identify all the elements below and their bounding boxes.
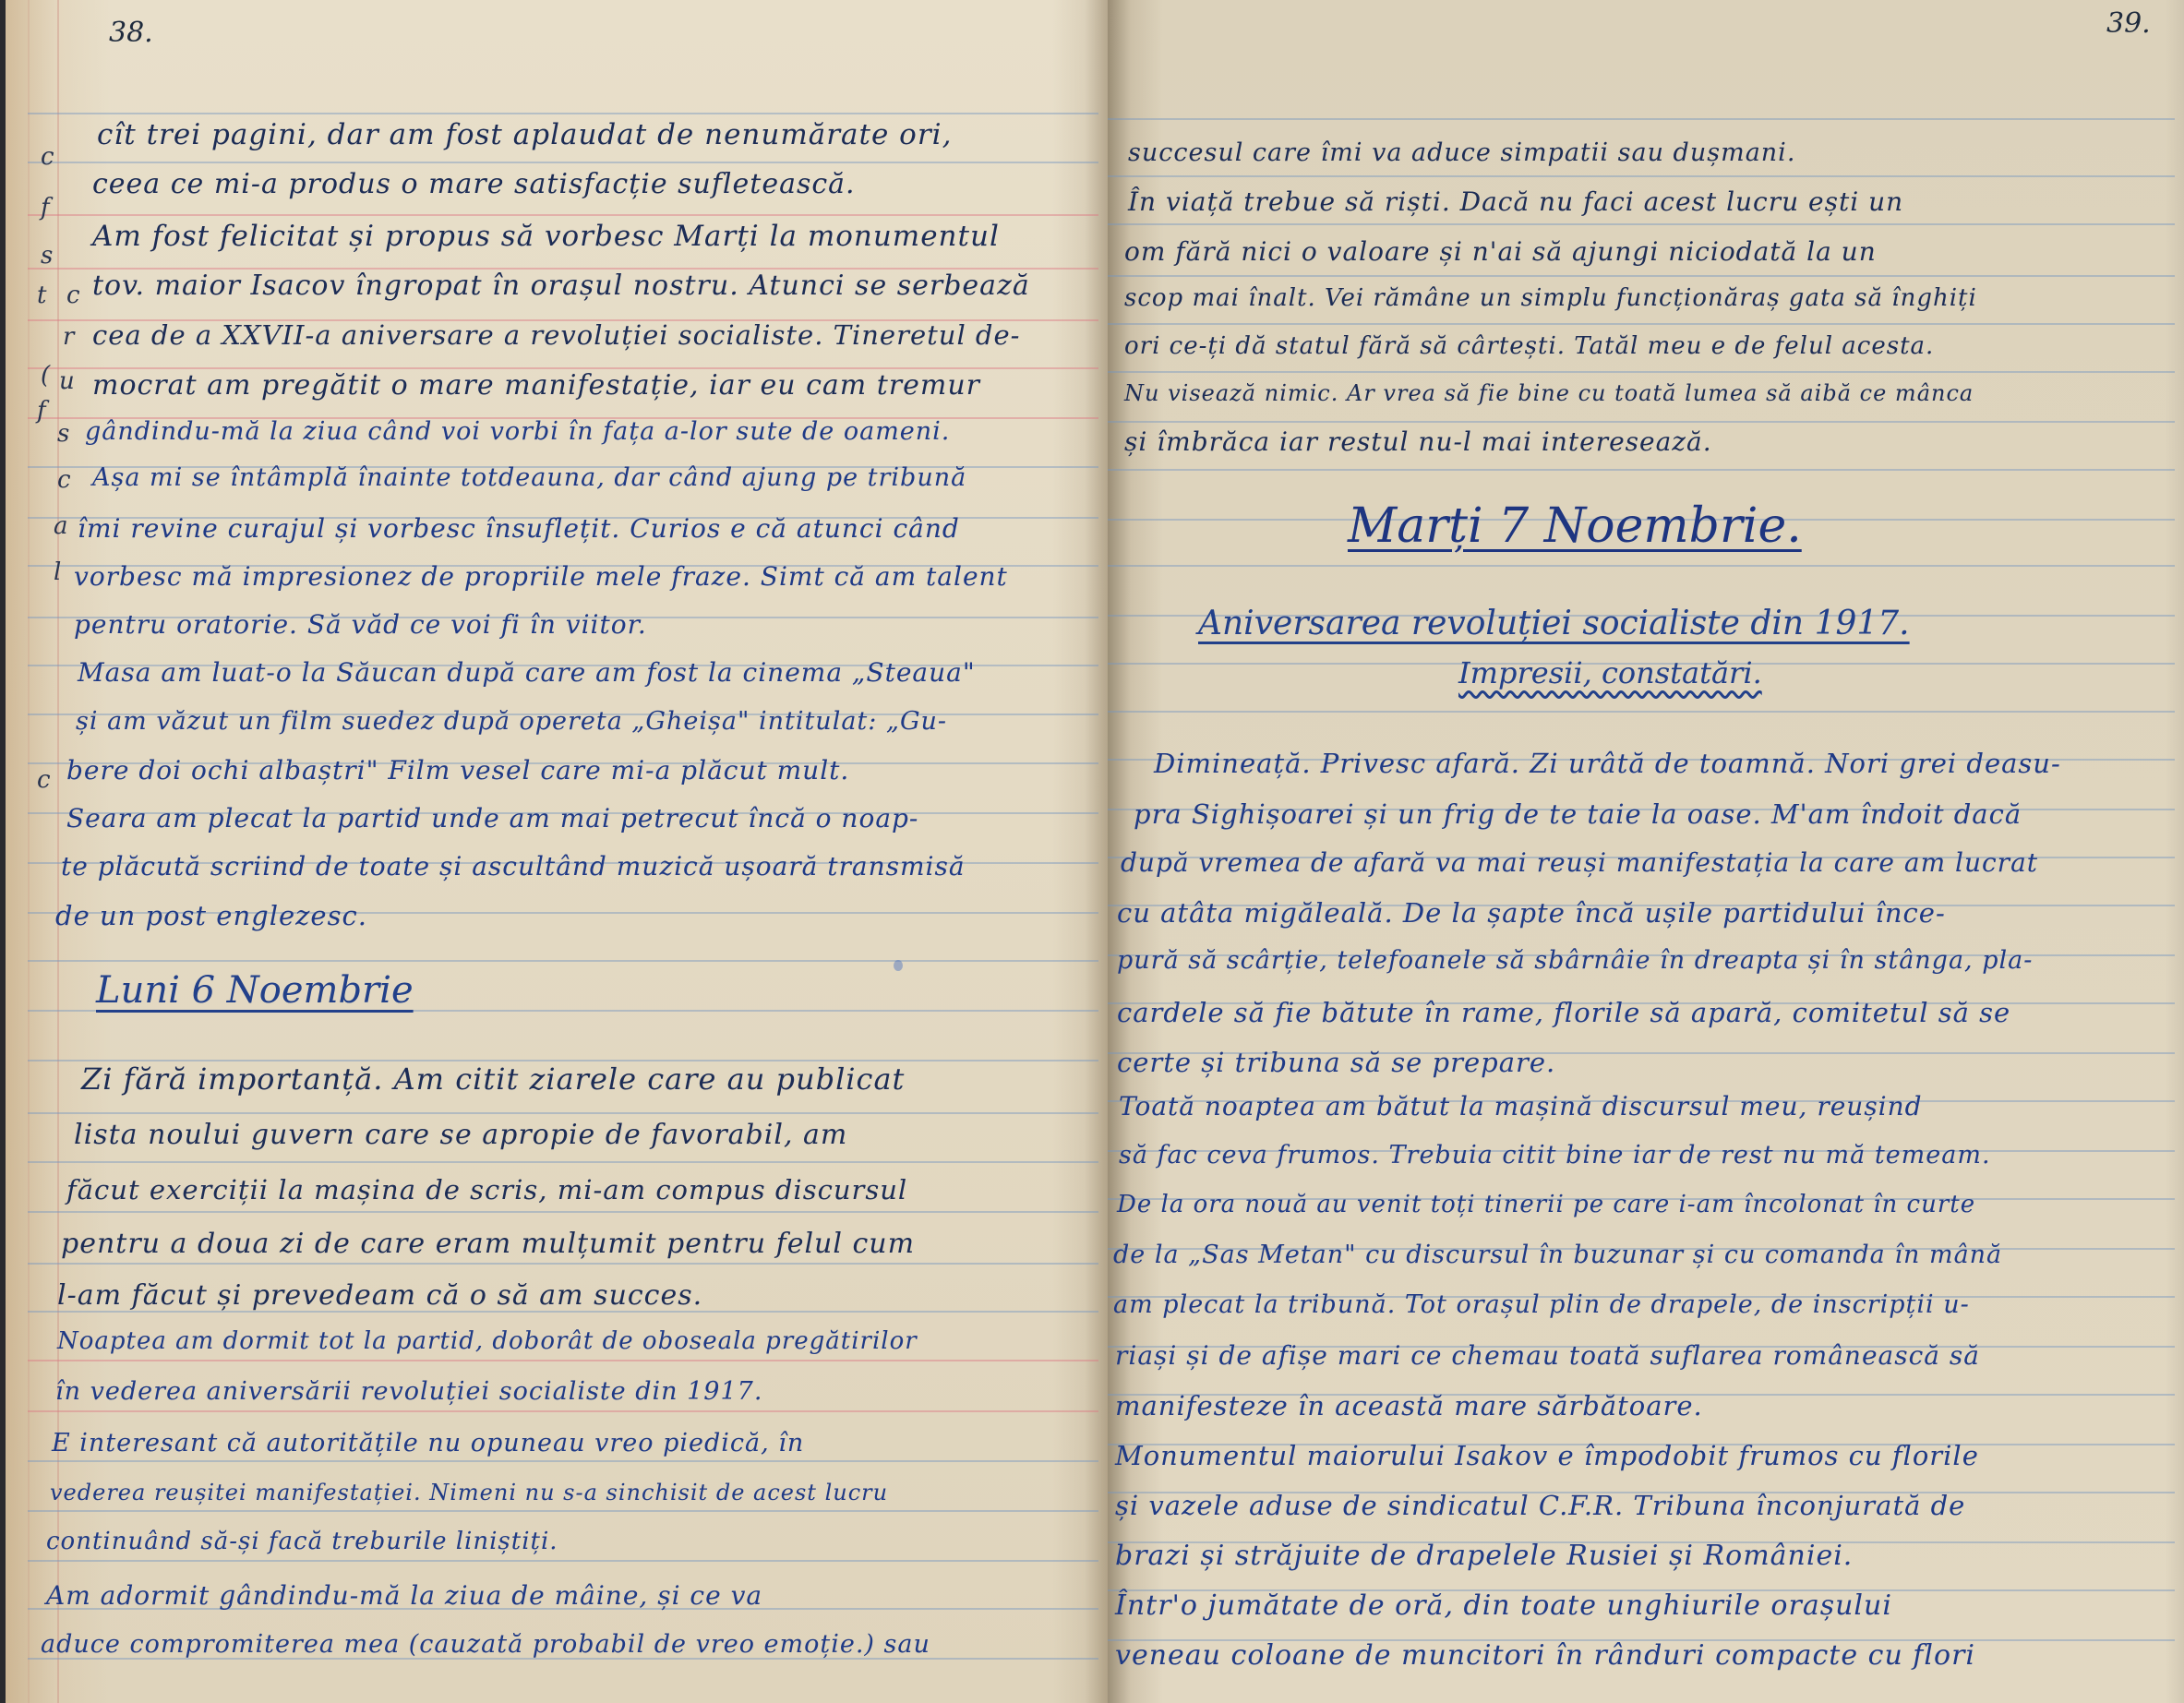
text-line: aduce compromiterea mea (cauzată probabi… xyxy=(41,1630,930,1659)
text-line: veneau coloane de muncitori în rânduri c… xyxy=(1115,1639,1975,1672)
text-line: ceea ce mi-a produs o mare satisfacție s… xyxy=(92,168,856,200)
text-line: te plăcută scriind de toate și ascultând… xyxy=(61,851,966,881)
text-line: de un post englezesc. xyxy=(55,900,367,931)
notebook-spread: 38. c f s t r c ( u f s c a l c cît trei… xyxy=(0,0,2184,1703)
margin-mark: c xyxy=(37,766,51,794)
page-number: 39. xyxy=(2106,7,2151,40)
margin-mark: f xyxy=(37,397,46,425)
text-line: manifesteze în această mare sărbătoare. xyxy=(1115,1390,1703,1421)
margin-line xyxy=(28,0,30,1703)
text-line: continuând să-și facă treburile liniștiț… xyxy=(46,1528,558,1555)
text-line: Zi fără importanță. Am citit ziarele car… xyxy=(81,1061,905,1097)
text-line: lista noului guvern care se apropie de f… xyxy=(74,1119,847,1151)
text-line: certe și tribuna să se prepare. xyxy=(1117,1047,1555,1078)
text-line: l-am făcut și prevedeam că o să am succe… xyxy=(57,1279,702,1312)
text-line: Seara am plecat la partid unde am mai pe… xyxy=(66,803,918,834)
page-number: 38. xyxy=(109,17,153,49)
right-page: 39. succesul care îmi va aduce simpatii … xyxy=(1108,0,2184,1703)
text-line: De la ora nouă au venit toți tinerii pe … xyxy=(1117,1191,1975,1218)
text-line: și îmbrăca iar restul nu-l mai interesea… xyxy=(1124,426,1712,457)
ink-blot xyxy=(894,960,903,971)
entry-subtitle-2: Impresii, constatări. xyxy=(1458,655,1762,690)
text-line: am plecat la tribună. Tot orașul plin de… xyxy=(1113,1290,1970,1319)
margin-mark: s xyxy=(41,242,53,270)
text-line: Noaptea am dormit tot la partid, doborât… xyxy=(57,1327,918,1355)
text-line: cu atâta migăleală. De la șapte încă uși… xyxy=(1117,897,1946,929)
margin-mark: a xyxy=(54,512,68,540)
text-line: tov. maior Isacov îngropat în orașul nos… xyxy=(92,270,1030,302)
margin-mark: ( xyxy=(41,362,50,390)
text-line: gândindu-mă la ziua când voi vorbi în fa… xyxy=(85,417,950,446)
text-line: pra Sighișoarei și un frig de te taie la… xyxy=(1134,798,2022,830)
text-line: să fac ceva frumos. Trebuia citit bine i… xyxy=(1119,1141,1991,1169)
text-line: și vazele aduse de sindicatul C.F.R. Tri… xyxy=(1115,1490,1965,1521)
text-line: bere doi ochi albaștri" Film vesel care … xyxy=(66,755,849,786)
text-line: cardele să fie bătute în rame, florile s… xyxy=(1117,997,2010,1028)
text-line: în vederea aniversării revoluției social… xyxy=(55,1377,762,1406)
text-line: făcut exerciții la mașina de scris, mi-a… xyxy=(66,1174,907,1205)
text-line: cea de a XXVII-a aniversare a revoluției… xyxy=(92,319,1020,351)
text-line: Așa mi se întâmplă înainte totdeauna, da… xyxy=(92,463,966,492)
text-line: de la „Sas Metan" cu discursul în buzuna… xyxy=(1113,1241,2002,1269)
text-line: Am fost felicitat și propus să vorbesc M… xyxy=(92,220,1000,253)
margin-mark: c xyxy=(41,143,54,171)
text-line: E interesant că autoritățile nu opuneau … xyxy=(52,1429,804,1457)
text-line: succesul care îmi va aduce simpatii sau … xyxy=(1128,138,1795,167)
text-line: În viață trebue să riști. Dacă nu faci a… xyxy=(1128,186,1903,217)
text-line: brazi și străjuite de drapelele Rusiei ș… xyxy=(1115,1540,1853,1572)
margin-mark: c xyxy=(57,466,71,494)
text-line: ori ce-ți dă statul fără să cârtești. Ta… xyxy=(1124,332,1934,360)
text-line: Nu visează nimic. Ar vrea să fie bine cu… xyxy=(1124,380,1974,406)
margin-mark: u xyxy=(59,367,75,395)
text-line: mocrat am pregătit o mare manifestație, … xyxy=(92,369,980,402)
left-page: 38. c f s t r c ( u f s c a l c cît trei… xyxy=(0,0,1108,1703)
section-heading-monday: Luni 6 Noembrie xyxy=(96,969,414,1012)
text-line: și am văzut un film suedez după opereta … xyxy=(76,707,947,736)
text-line: vederea reușitei manifestației. Nimeni n… xyxy=(50,1480,888,1505)
text-line: pură să scârție, telefoanele să sbârnâie… xyxy=(1117,946,2033,975)
text-line: pentru oratorie. Să văd ce voi fi în vii… xyxy=(74,609,647,640)
date-heading-tuesday: Marți 7 Noembrie. xyxy=(1348,498,1802,554)
text-line: îmi revine curajul și vorbesc însuflețit… xyxy=(78,513,960,544)
text-line: om fără nici o valoare și n'ai să ajungi… xyxy=(1124,236,1877,267)
text-line: Într'o jumătate de oră, din toate unghiu… xyxy=(1115,1589,1892,1622)
text-line: Am adormit gândindu-mă la ziua de mâine,… xyxy=(46,1580,762,1611)
margin-mark: r xyxy=(63,323,74,351)
margin-mark: t xyxy=(37,282,46,309)
text-line: Toată noaptea am bătut la mașină discurs… xyxy=(1119,1091,1923,1121)
text-line: după vremea de afară va mai reuși manife… xyxy=(1121,847,2038,878)
margin-mark: c xyxy=(66,282,80,309)
margin-mark: s xyxy=(57,420,69,448)
margin-mark: f xyxy=(41,194,50,222)
entry-subtitle: Aniversarea revoluției socialiste din 19… xyxy=(1198,605,1910,642)
text-line: scop mai înalt. Vei rămâne un simplu fun… xyxy=(1124,284,1977,312)
margin-mark: l xyxy=(54,558,61,586)
text-line: cît trei pagini, dar am fost aplaudat de… xyxy=(97,118,952,151)
text-line: riași și de afișe mari ce chemau toată s… xyxy=(1115,1340,1980,1371)
text-line: vorbesc mă impresionez de propriile mele… xyxy=(74,561,1008,592)
text-line: Masa am luat-o la Săucan după care am fo… xyxy=(78,657,976,688)
text-line: Monumentul maiorului Isakov e împodobit … xyxy=(1115,1440,1979,1471)
text-line: pentru a doua zi de care eram mulțumit p… xyxy=(61,1228,915,1260)
text-line: Dimineață. Privesc afară. Zi urâtă de to… xyxy=(1154,748,2061,779)
